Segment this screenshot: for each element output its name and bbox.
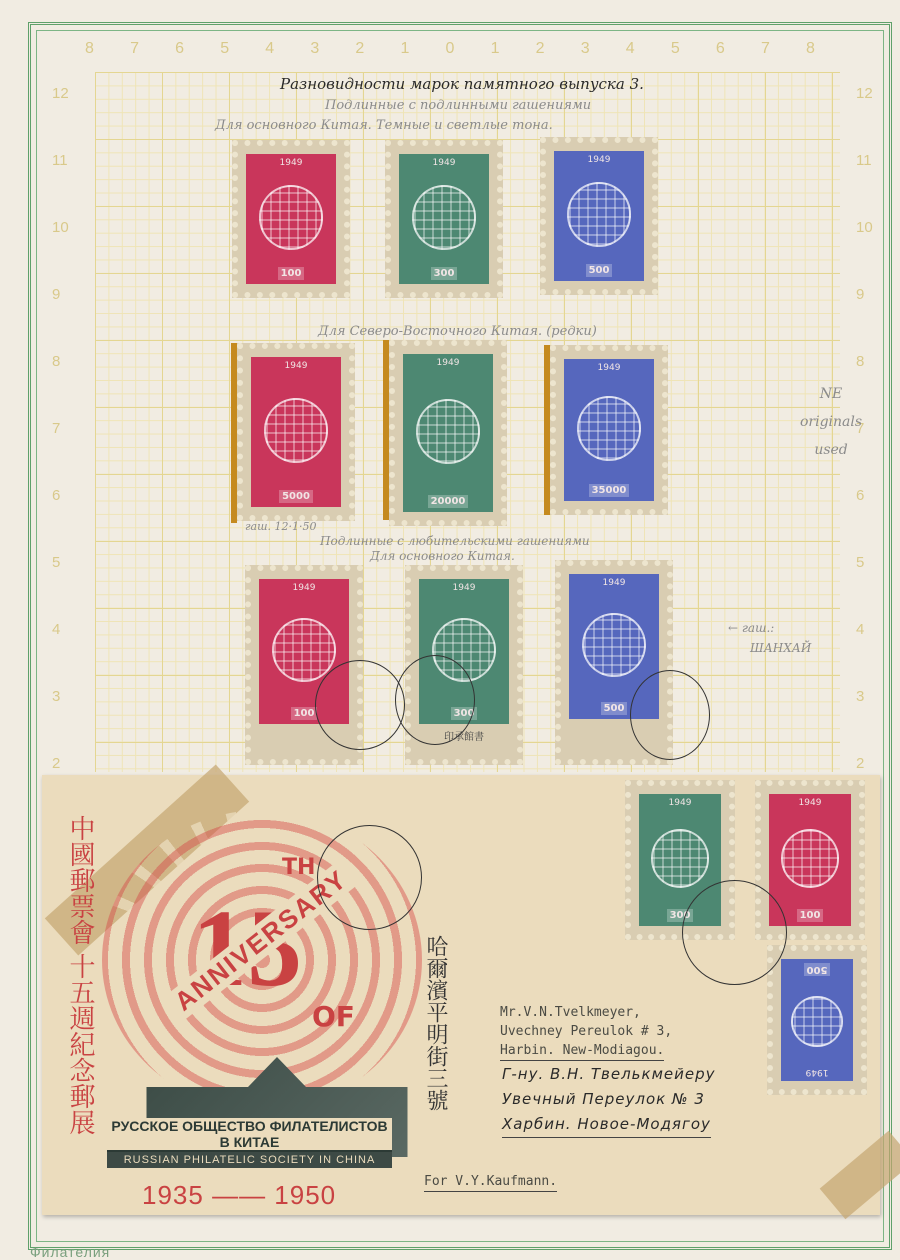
anniversary-th: TH	[282, 855, 315, 880]
stamp-value: 500	[804, 963, 831, 976]
ruler-tick: 0	[446, 40, 455, 58]
stamp-value: 500	[586, 264, 613, 277]
stamp-value: 20000	[428, 495, 469, 508]
globe-icon	[781, 829, 840, 888]
postmark-shanghai	[315, 660, 405, 750]
society-banner: РУССКОЕ ОБЩЕСТВО ФИЛАТЕЛИСТОВ В КИТАЕ RU…	[107, 1118, 392, 1168]
globe-icon	[577, 396, 641, 460]
ruler-tick: 3	[856, 688, 873, 755]
globe-icon	[272, 618, 336, 682]
ruler-tick: 8	[52, 353, 69, 420]
address-typed: Mr.V.N.Tvelkmeyer, Uvechney Pereulok # 3…	[500, 1003, 672, 1061]
stamp-value: 300	[431, 267, 458, 280]
address-line: Harbin. New-Modiagou.	[500, 1041, 664, 1061]
stamp-value: 100	[797, 909, 824, 922]
address-line: Увечный Переулок № 3	[502, 1087, 716, 1112]
cancel-date-note: гаш. 12·1·50	[245, 520, 317, 533]
ruler-tick: 2	[355, 40, 364, 58]
stamp-value: 500	[601, 702, 628, 715]
ruler-tick: 6	[716, 40, 725, 58]
globe-icon	[412, 185, 476, 249]
ruler-tick: 6	[52, 487, 69, 554]
ruler-tick: 8	[806, 40, 815, 58]
stamp-value: 5000	[279, 490, 313, 503]
ruler-tick: 3	[310, 40, 319, 58]
page-title: Разновидности марок памятного выпуска 3.	[280, 75, 644, 93]
address-russian: Г-ну. В.Н. Твелькмейеру Увечный Переулок…	[502, 1062, 716, 1138]
ruler-tick: 7	[52, 420, 69, 487]
postmark	[395, 655, 475, 745]
commemorative-cover[interactable]: 15 TH ANNIVERSARY OF 中國郵票會 十五週紀念郵展 РУССК…	[42, 775, 880, 1215]
row3-heading-2: Для основного Китая.	[370, 549, 515, 563]
ruler-tick: 10	[856, 219, 873, 286]
globe-icon	[651, 829, 710, 888]
ruler-tick: 4	[856, 621, 873, 688]
footer-label: Филателия	[30, 1244, 110, 1260]
ruler-tick: 1	[400, 40, 409, 58]
ne-note-line: originals	[800, 408, 862, 436]
stamp-year: 1949	[799, 798, 822, 808]
globe-icon	[264, 398, 328, 462]
ruler-tick: 3	[581, 40, 590, 58]
stamp-year: 1949	[293, 583, 316, 593]
address-line: Mr.V.N.Tvelkmeyer,	[500, 1003, 672, 1022]
subtitle-main-china: Для основного Китая. Темные и светлые то…	[215, 118, 553, 133]
society-name-en: RUSSIAN PHILATELIC SOCIETY IN CHINA	[107, 1152, 392, 1168]
ne-note-line: used	[800, 436, 862, 464]
cover-stamp-500-inverted[interactable]: 1949500	[767, 945, 867, 1095]
cancel-note-line: ← гаш.:	[728, 618, 811, 638]
ruler-tick: 6	[856, 487, 873, 554]
ruler-tick: 8	[85, 40, 94, 58]
ruler-tick: 7	[761, 40, 770, 58]
ruler-top: 87654321012345678	[85, 40, 815, 58]
ne-note: NE originals used	[800, 380, 862, 464]
globe-icon	[582, 613, 646, 677]
stamp-year: 1949	[806, 1067, 829, 1077]
stamp-row1-100[interactable]: 1949100	[232, 140, 350, 298]
ruler-tick: 4	[626, 40, 635, 58]
stamp-year: 1949	[598, 363, 621, 373]
shanghai-cancel-note: ← гаш.: ШАНХАЙ	[728, 618, 811, 658]
for-line: For V.Y.Kaufmann.	[424, 1172, 557, 1192]
row3-heading-1: Подлинные с любительскими гашениями	[320, 534, 590, 548]
stamp-row2-5000[interactable]: 19495000	[237, 343, 355, 521]
ruler-tick: 3	[52, 688, 69, 755]
ruler-tick: 1	[491, 40, 500, 58]
globe-icon	[416, 399, 480, 463]
address-line: Uvechney Pereulok # 3,	[500, 1022, 672, 1041]
cancel-note-line: ШАНХАЙ	[728, 638, 811, 658]
ruler-tick: 6	[175, 40, 184, 58]
ruler-tick: 4	[52, 621, 69, 688]
years-range: 1935 —— 1950	[142, 1180, 336, 1211]
globe-icon	[259, 185, 323, 249]
chinese-exhibition-title: 中國郵票會 十五週紀念郵展	[62, 815, 98, 1135]
ruler-tick: 9	[52, 286, 69, 353]
stamp-year: 1949	[437, 358, 460, 368]
ruler-tick: 12	[856, 85, 873, 152]
stamp-row2-35000[interactable]: 194935000	[550, 345, 668, 515]
ruler-tick: 2	[536, 40, 545, 58]
ruler-tick: 11	[856, 152, 873, 219]
ruler-tick: 11	[52, 152, 69, 219]
ne-note-line: NE	[800, 380, 862, 408]
ruler-tick: 12	[52, 85, 69, 152]
stamp-row1-300[interactable]: 1949300	[385, 140, 503, 298]
row2-heading: Для Северо-Восточного Китая. (редки)	[318, 324, 597, 339]
ruler-tick: 9	[856, 286, 873, 353]
postmark-cover-stamps	[682, 880, 787, 985]
stamp-year: 1949	[453, 583, 476, 593]
ruler-tick: 5	[671, 40, 680, 58]
address-line: Г-ну. В.Н. Твелькмейеру	[502, 1062, 716, 1087]
globe-icon	[791, 996, 843, 1048]
address-line: Харбин. Новое-Модягоу	[502, 1112, 711, 1138]
ruler-tick: 7	[130, 40, 139, 58]
stamp-value: 35000	[589, 484, 630, 497]
postmark-shanghai	[630, 670, 710, 760]
ruler-tick: 10	[52, 219, 69, 286]
stamp-year: 1949	[280, 158, 303, 168]
ruler-tick: 5	[52, 554, 69, 621]
stamp-year: 1949	[603, 578, 626, 588]
stamp-row1-500[interactable]: 1949500	[540, 137, 658, 295]
stamp-year: 1949	[285, 361, 308, 371]
anniversary-of: OF	[312, 1000, 355, 1033]
postmark-cover	[317, 825, 422, 930]
subtitle-genuine: Подлинные с подлинными гашениями	[325, 98, 591, 113]
ruler-tick: 5	[856, 554, 873, 621]
stamp-year: 1949	[669, 798, 692, 808]
stamp-value: 100	[278, 267, 305, 280]
ruler-tick: 4	[265, 40, 274, 58]
stamp-value: 100	[291, 707, 318, 720]
society-name-ru: РУССКОЕ ОБЩЕСТВО ФИЛАТЕЛИСТОВ В КИТАЕ	[107, 1118, 392, 1152]
stamp-year: 1949	[433, 158, 456, 168]
address-chinese: 哈爾濱平明街三號	[422, 935, 448, 1175]
stamp-year: 1949	[588, 155, 611, 165]
stamp-row2-20000[interactable]: 194920000	[389, 340, 507, 526]
globe-icon	[567, 182, 631, 246]
ruler-tick: 5	[220, 40, 229, 58]
